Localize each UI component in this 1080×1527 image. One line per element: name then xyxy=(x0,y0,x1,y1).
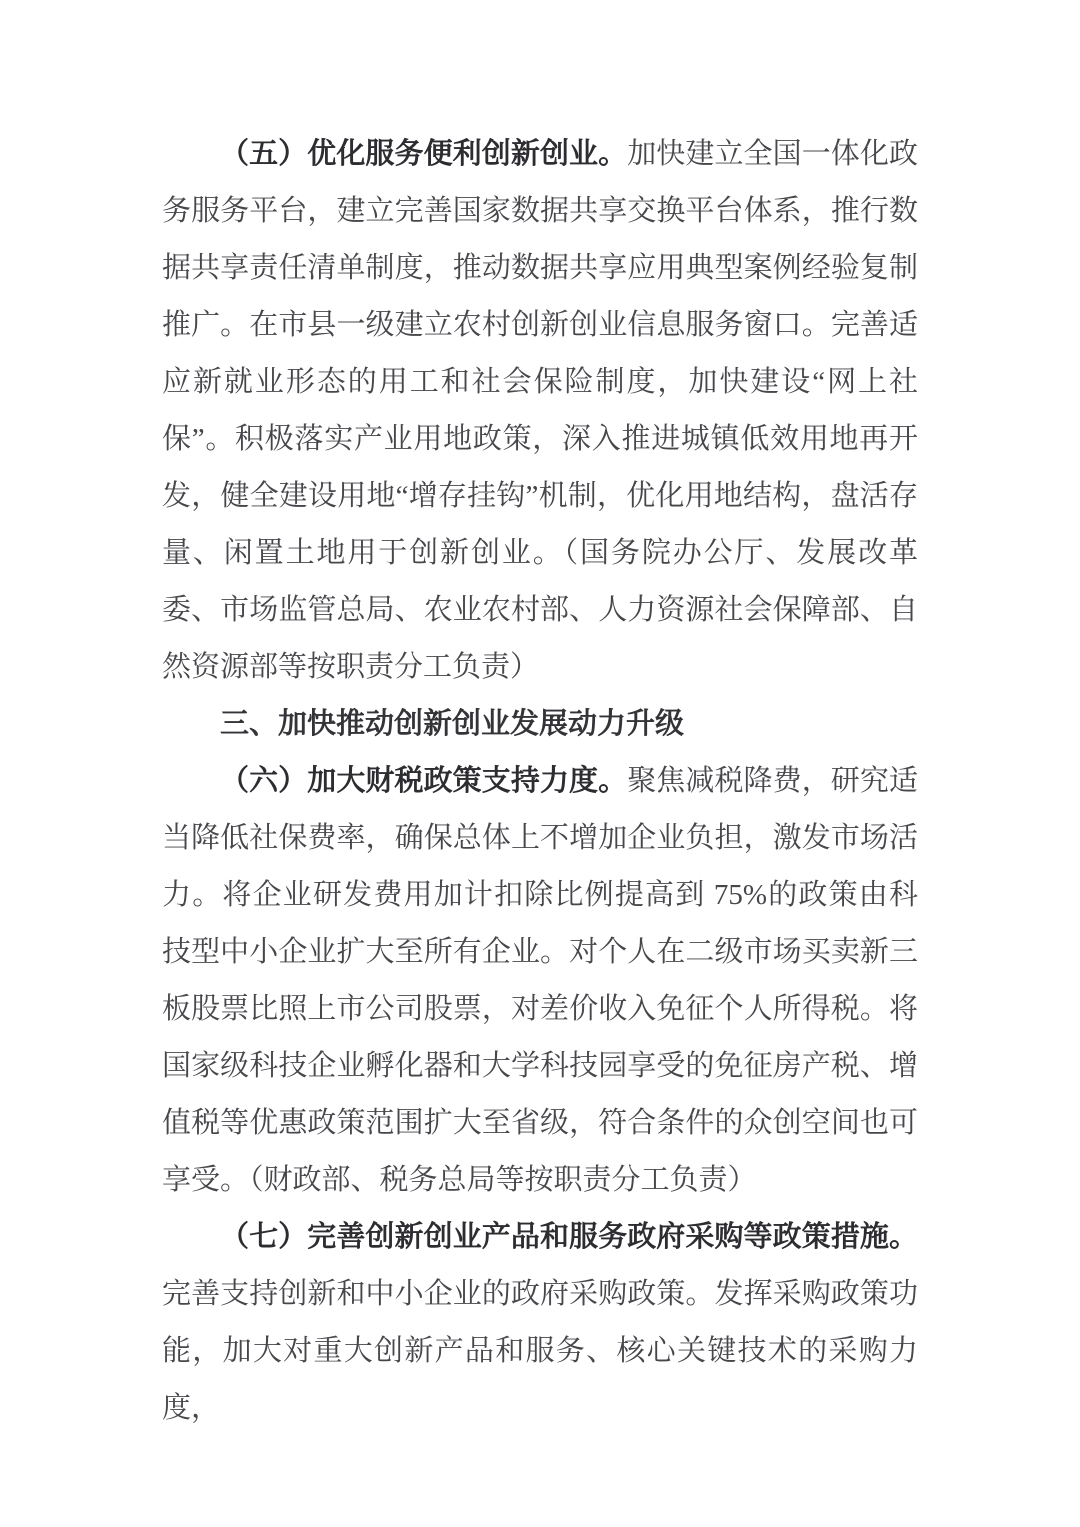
paragraph-item-6-body: 聚焦减税降费，研究适当降低社保费率，确保总体上不增加企业负担，激发市场活力。将企… xyxy=(162,765,918,1196)
paragraph-item-7-lead: （七）完善创新创业产品和服务政府采购等政策措施。 xyxy=(220,1221,918,1253)
paragraph-item-5-body: 加快建立全国一体化政务服务平台，建立完善国家数据共享交换平台体系，推行数据共享责… xyxy=(162,138,918,683)
paragraph-item-5-lead: （五）优化服务便利创新创业。 xyxy=(220,138,627,170)
paragraph-item-6-lead: （六）加大财税政策支持力度。 xyxy=(220,765,627,797)
document-page: （五）优化服务便利创新创业。加快建立全国一体化政务服务平台，建立完善国家数据共享… xyxy=(0,0,1080,1527)
paragraph-item-5: （五）优化服务便利创新创业。加快建立全国一体化政务服务平台，建立完善国家数据共享… xyxy=(162,126,918,696)
paragraph-item-7-body: 完善支持创新和中小企业的政府采购政策。发挥采购政策功能，加大对重大创新产品和服务… xyxy=(162,1278,918,1424)
paragraph-item-7: （七）完善创新创业产品和服务政府采购等政策措施。完善支持创新和中小企业的政府采购… xyxy=(162,1209,918,1437)
section-heading-three: 三、加快推动创新创业发展动力升级 xyxy=(162,696,918,753)
paragraph-item-6: （六）加大财税政策支持力度。聚焦减税降费，研究适当降低社保费率，确保总体上不增加… xyxy=(162,753,918,1209)
document-text-block: （五）优化服务便利创新创业。加快建立全国一体化政务服务平台，建立完善国家数据共享… xyxy=(162,126,918,1437)
